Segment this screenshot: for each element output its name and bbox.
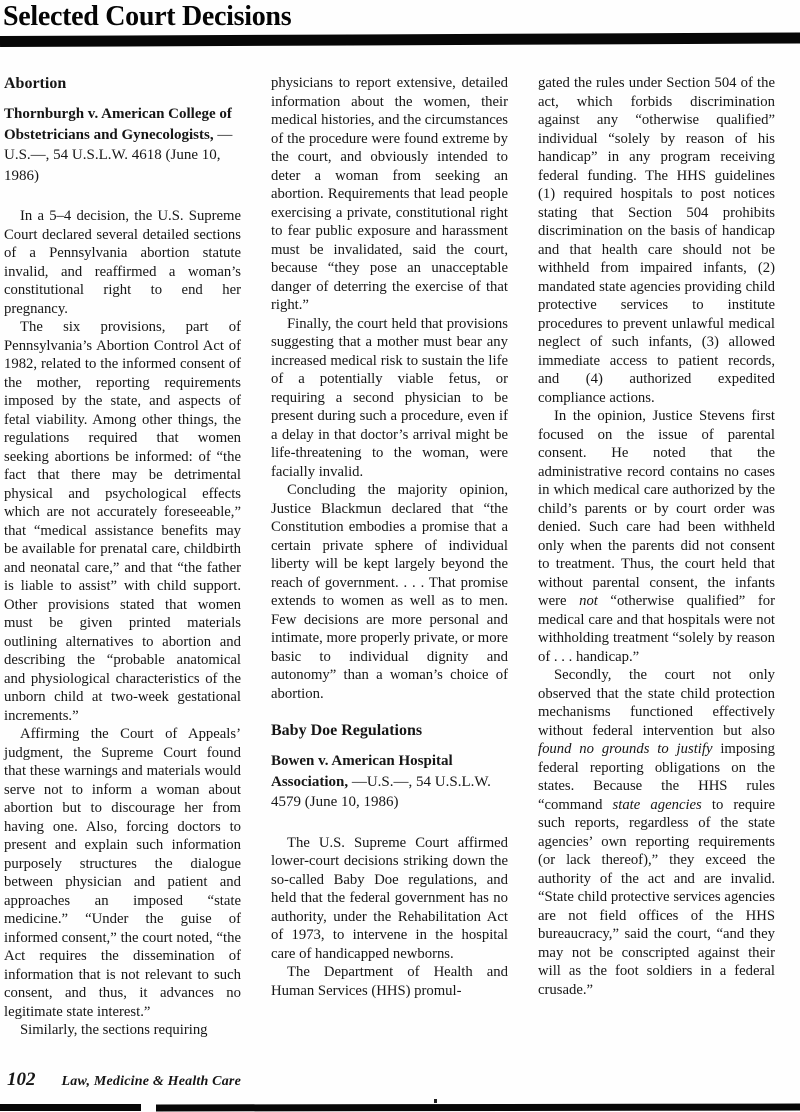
paragraph: Affirming the Court of Appeals’ judgment… — [4, 725, 241, 1021]
paragraph: physicians to report extensive, detailed… — [271, 74, 508, 315]
italic-phrase: state agencies — [613, 797, 702, 813]
case-citation: Thornburgh v. American College of Obstet… — [4, 104, 241, 186]
paragraph: Finally, the court held that provisions … — [271, 315, 508, 482]
paragraph: Concluding the majority opinion, Justice… — [271, 481, 508, 703]
paragraph: In the opinion, Justice Stevens first fo… — [538, 407, 775, 666]
page-title: Selected Court Decisions — [3, 1, 800, 33]
masthead: Selected Court Decisions — [0, 0, 800, 33]
italic-phrase: not — [579, 593, 598, 609]
text-column-2: physicians to report extensive, detailed… — [271, 74, 508, 1040]
case-name: Thornburgh v. American College of Obstet… — [4, 106, 232, 143]
footer-rule-bar-right — [156, 1104, 800, 1112]
page-number: 102 — [7, 1069, 36, 1091]
journal-title: Law, Medicine & Health Care — [62, 1074, 241, 1090]
italic-phrase: found no grounds to justify — [538, 741, 712, 757]
page-footer: 102 Law, Medicine & Health Care — [7, 1069, 241, 1091]
paragraph: The U.S. Supreme Court affirmed lower-co… — [271, 834, 508, 964]
section-heading: Baby Doe Regulations — [271, 721, 508, 741]
header-rule-bar — [0, 32, 800, 47]
paragraph: gated the rules under Section 504 of the… — [538, 74, 775, 407]
scan-speck — [434, 1099, 437, 1103]
paragraph: In a 5–4 decision, the U.S. Supreme Cour… — [4, 207, 241, 318]
paragraph: The six provisions, part of Pennsylvania… — [4, 318, 241, 725]
article-columns: AbortionThornburgh v. American College o… — [0, 47, 800, 1040]
section-heading: Abortion — [4, 74, 241, 94]
case-citation: Bowen v. American Hospital Association, … — [271, 751, 508, 813]
paragraph: The Department of Health and Human Servi… — [271, 963, 508, 1000]
text-column-3: gated the rules under Section 504 of the… — [538, 74, 775, 1040]
text-column-1: AbortionThornburgh v. American College o… — [4, 74, 241, 1040]
paragraph: Secondly, the court not only observed th… — [538, 666, 775, 999]
footer-rule-bar-left — [0, 1104, 141, 1111]
paragraph: Similarly, the sections requiring — [4, 1021, 241, 1040]
case-name: Bowen v. American Hospital Association, — [271, 753, 453, 790]
journal-page: Selected Court Decisions AbortionThornbu… — [0, 0, 800, 1112]
